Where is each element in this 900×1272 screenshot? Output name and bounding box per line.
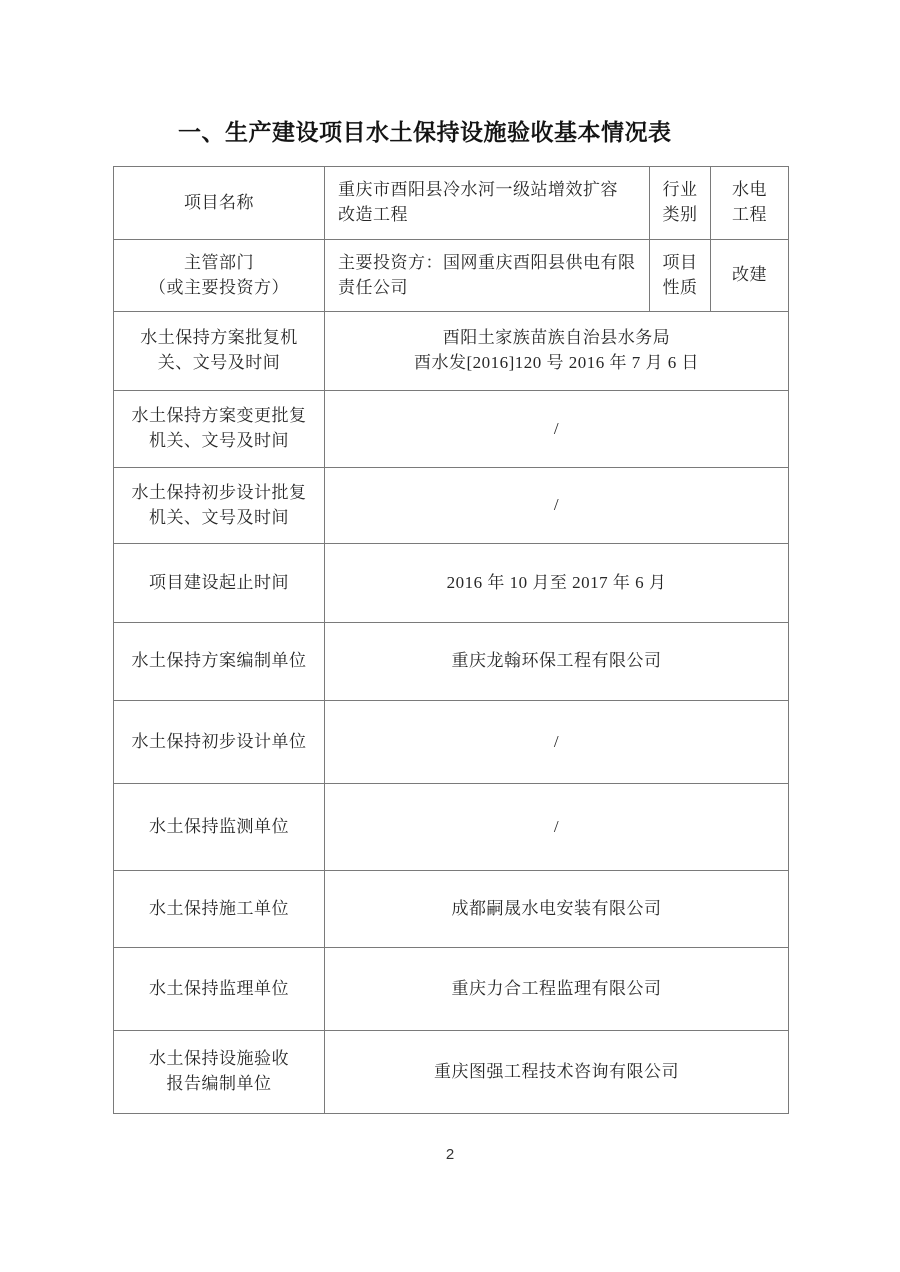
- row-label-nature: 项目 性质: [650, 240, 711, 312]
- row-label: 水土保持方案批复机 关、文号及时间: [114, 312, 325, 391]
- row-value: /: [325, 391, 789, 468]
- row-value-nature: 改建: [711, 240, 789, 312]
- table-row-project-name: 项目名称 重庆市酉阳县冷水河一级站增效扩容 改造工程 行业 类别 水电 工程: [114, 167, 789, 240]
- table-row-plan-change-approval: 水土保持方案变更批复 机关、文号及时间 /: [114, 391, 789, 468]
- table-row-plan-compiler: 水土保持方案编制单位 重庆龙翰环保工程有限公司: [114, 623, 789, 701]
- document-page: 一、生产建设项目水土保持设施验收基本情况表 项目名称 重庆市酉阳县冷水河一级站增…: [0, 0, 900, 1272]
- row-value: /: [325, 701, 789, 784]
- row-label: 水土保持方案编制单位: [114, 623, 325, 701]
- table-row-supervision-unit: 水土保持监理单位 重庆力合工程监理有限公司: [114, 948, 789, 1031]
- row-label: 水土保持初步设计单位: [114, 701, 325, 784]
- table-row-construction-period: 项目建设起止时间 2016 年 10 月至 2017 年 6 月: [114, 544, 789, 623]
- table-row-department: 主管部门 （或主要投资方） 主要投资方：国网重庆酉阳县供电有限 责任公司 项目 …: [114, 240, 789, 312]
- row-value: 2016 年 10 月至 2017 年 6 月: [325, 544, 789, 623]
- basic-info-table: 项目名称 重庆市酉阳县冷水河一级站增效扩容 改造工程 行业 类别 水电 工程 主…: [113, 166, 789, 1114]
- table-row-preliminary-design-unit: 水土保持初步设计单位 /: [114, 701, 789, 784]
- row-value: /: [325, 784, 789, 871]
- row-label: 水土保持施工单位: [114, 871, 325, 948]
- table-row-preliminary-design-approval: 水土保持初步设计批复 机关、文号及时间 /: [114, 468, 789, 544]
- table-row-construction-unit: 水土保持施工单位 成都嗣晟水电安装有限公司: [114, 871, 789, 948]
- row-label: 主管部门 （或主要投资方）: [114, 240, 325, 312]
- row-value: /: [325, 468, 789, 544]
- row-label: 水土保持方案变更批复 机关、文号及时间: [114, 391, 325, 468]
- page-title: 一、生产建设项目水土保持设施验收基本情况表: [178, 114, 672, 147]
- row-value: 重庆力合工程监理有限公司: [325, 948, 789, 1031]
- row-label: 水土保持设施验收 报告编制单位: [114, 1031, 325, 1114]
- row-label: 项目名称: [114, 167, 325, 240]
- table-row-monitoring-unit: 水土保持监测单位 /: [114, 784, 789, 871]
- row-value: 重庆龙翰环保工程有限公司: [325, 623, 789, 701]
- row-value: 重庆图强工程技术咨询有限公司: [325, 1031, 789, 1114]
- row-value: 酉阳土家族苗族自治县水务局 酉水发[2016]120 号 2016 年 7 月 …: [325, 312, 789, 391]
- page-number: 2: [0, 1146, 900, 1163]
- row-value: 主要投资方：国网重庆酉阳县供电有限 责任公司: [325, 240, 650, 312]
- row-value: 重庆市酉阳县冷水河一级站增效扩容 改造工程: [325, 167, 650, 240]
- row-label: 水土保持监测单位: [114, 784, 325, 871]
- row-label: 水土保持初步设计批复 机关、文号及时间: [114, 468, 325, 544]
- row-value-industry: 水电 工程: [711, 167, 789, 240]
- table-row-acceptance-report-unit: 水土保持设施验收 报告编制单位 重庆图强工程技术咨询有限公司: [114, 1031, 789, 1114]
- row-label-industry: 行业 类别: [650, 167, 711, 240]
- row-label: 项目建设起止时间: [114, 544, 325, 623]
- table-row-plan-approval: 水土保持方案批复机 关、文号及时间 酉阳土家族苗族自治县水务局 酉水发[2016…: [114, 312, 789, 391]
- row-label: 水土保持监理单位: [114, 948, 325, 1031]
- row-value: 成都嗣晟水电安装有限公司: [325, 871, 789, 948]
